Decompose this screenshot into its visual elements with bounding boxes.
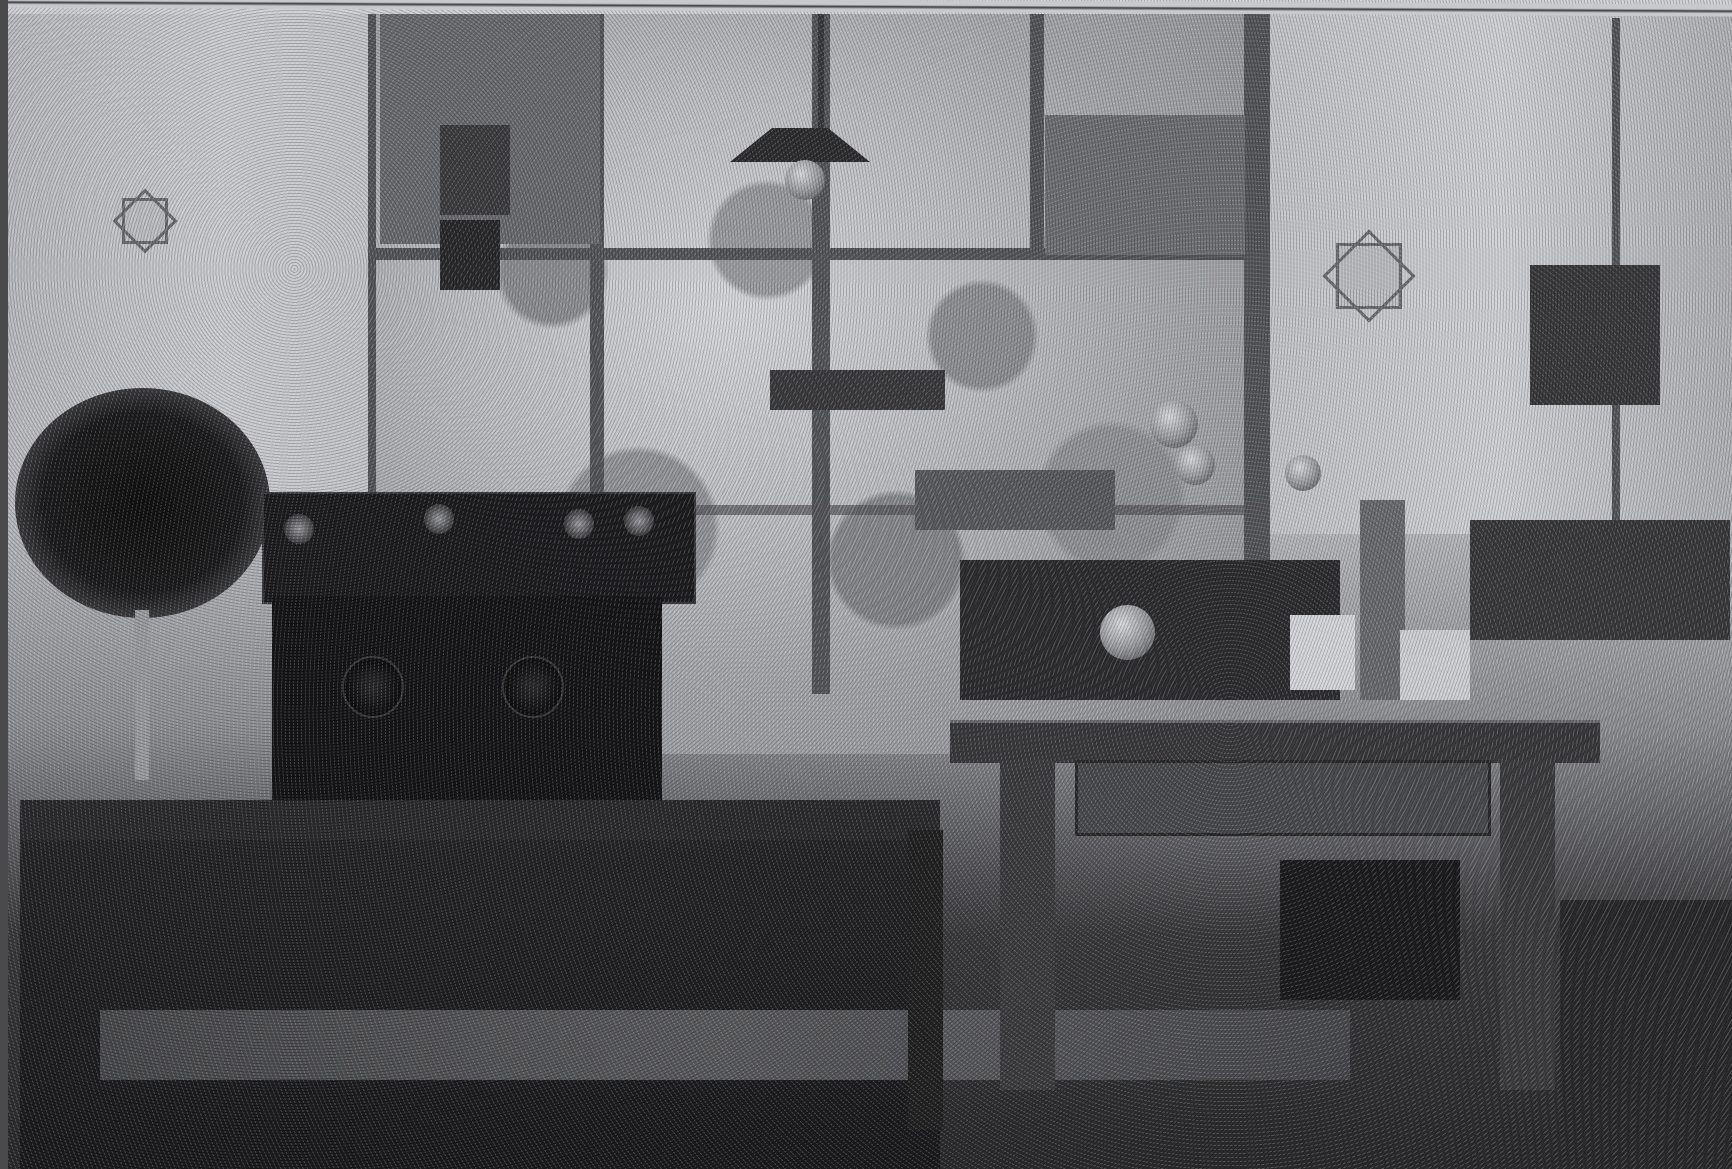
lamp-bulb <box>785 160 825 200</box>
tuning-dial <box>502 656 564 718</box>
print-border-left <box>0 0 8 1169</box>
vacuum-tube <box>1285 455 1321 491</box>
bench-leg <box>1000 760 1055 1090</box>
wall-emblem-right <box>1336 243 1402 309</box>
knob <box>424 504 454 534</box>
photograph <box>0 0 1732 1169</box>
knob <box>564 509 594 539</box>
wall-mounted-apparatus <box>440 125 510 215</box>
vacuum-tube <box>1150 400 1198 448</box>
white-box <box>1290 615 1355 690</box>
radio-cabinet <box>272 596 662 816</box>
dark-window-pane <box>1045 115 1245 255</box>
bench-drawer <box>1075 760 1491 836</box>
bottle <box>1360 500 1405 700</box>
wall-apparatus-right <box>1530 265 1660 405</box>
speaker-stand <box>135 610 149 780</box>
left-table-body <box>20 840 940 1169</box>
tuning-dial <box>342 656 404 718</box>
window-mullion <box>1030 14 1044 254</box>
knob <box>284 514 314 544</box>
switch-box <box>440 220 500 290</box>
under-bench-shadow <box>1280 860 1460 1000</box>
vacuum-tube <box>1100 605 1155 660</box>
shelf-bracket <box>770 370 945 410</box>
bench-leg <box>1500 760 1555 1090</box>
knob <box>624 506 654 536</box>
floor <box>100 1010 1350 1080</box>
wall-emblem-left <box>122 198 168 244</box>
vacuum-tube <box>1175 445 1215 485</box>
horn-loudspeaker <box>15 388 270 618</box>
lamp-cord <box>818 14 824 134</box>
apparatus-box <box>915 470 1115 530</box>
floor-apparatus-right <box>1560 900 1732 1169</box>
left-table-top <box>20 800 940 840</box>
table-leg <box>908 830 943 1130</box>
radio-panel <box>262 492 696 604</box>
right-shelf-apparatus <box>1470 520 1730 640</box>
right-bench-top <box>950 720 1600 763</box>
white-box <box>1400 630 1470 700</box>
